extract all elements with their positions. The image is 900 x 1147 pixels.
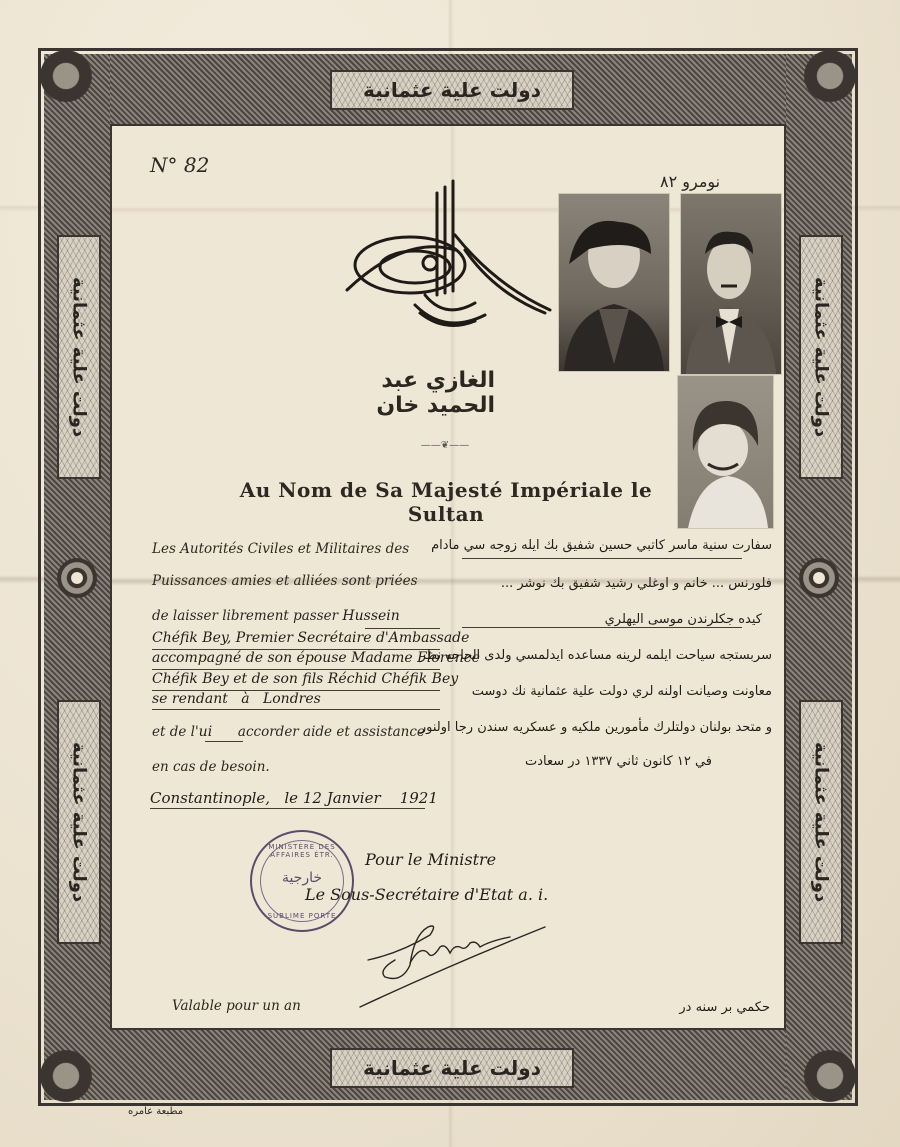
- printer-mark: مطبعة عامره: [128, 1106, 183, 1117]
- border-inscription-left-upper: دولت علية عثمانية: [57, 235, 101, 479]
- photo-man: [680, 193, 782, 375]
- fill-in-underline: [205, 741, 243, 742]
- photo-child: [677, 375, 774, 529]
- text-line-7-prep: à: [241, 691, 249, 707]
- fill-in-underline: [152, 669, 440, 670]
- date-prefix: le: [284, 789, 298, 807]
- photo-woman: [558, 193, 670, 372]
- text-line-4: Chéfik Bey, Premier Secrétaire d'Ambassa…: [152, 630, 469, 646]
- stamp-top-text: MINISTÈRE DES AFFAIRES ÉTR.: [252, 843, 352, 859]
- traveler-first-name: Hussein: [342, 608, 399, 624]
- ottoman-line-2: فلورنس ... خانم و اوغلي رشيد شفيق بك نوش…: [462, 576, 772, 591]
- fill-in-underline: [150, 808, 425, 809]
- divider-ornament: ——❦——: [405, 440, 485, 452]
- border-inscription-right-lower: دولت علية عثمانية: [799, 700, 843, 944]
- fill-in-underline: [462, 627, 742, 628]
- ottoman-line-4: سربستجه سياحت ايلمه لرينه مساعده ايدلمسي…: [462, 648, 772, 663]
- text-line-3: de laisser librement passer Hussein: [152, 608, 400, 624]
- stamp-bottom-text: SUBLIME PORTE: [252, 912, 352, 920]
- issue-place-date: Constantinople, le 12 Janvier 1921: [150, 789, 438, 807]
- ottoman-line-5: معاونت وصيانت اولنه لري دولت علية عثماني…: [462, 684, 772, 699]
- signature-line-1: Pour le Ministre: [365, 850, 496, 869]
- imperial-motto: الغازي عبد الحميد خان: [375, 368, 495, 418]
- corner-ornament-icon: [36, 46, 96, 106]
- issue-date: 12 Janvier: [303, 789, 381, 807]
- issue-place: Constantinople: [150, 789, 265, 807]
- text-line-8: et de l'ui accorder aide et assistance: [152, 724, 425, 740]
- tughra-icon: [345, 175, 555, 340]
- ottoman-line-3: كيده جكلرندن موسى اليهلري: [462, 612, 762, 627]
- fill-in-underline: [152, 709, 440, 710]
- fill-in-underline: [365, 628, 440, 629]
- text-line-8-a: et de l': [152, 724, 199, 740]
- signature-line-2: Le Sous-Secrétaire d'Etat a. i.: [305, 885, 548, 904]
- stamp-center-text: خارجية: [252, 870, 352, 886]
- text-line-8-b: ui: [199, 724, 213, 740]
- text-line-1: Les Autorités Civiles et Militaires des: [152, 541, 409, 557]
- signature-icon: [350, 915, 550, 1010]
- text-line-7: se rendant à Londres: [152, 691, 321, 707]
- text-line-2: Puissances amies et alliées sont priées: [152, 573, 418, 589]
- ottoman-date-line: في ١٢ كانون ثاني ١٣٣٧ در سعادت: [462, 754, 712, 769]
- ministry-stamp: MINISTÈRE DES AFFAIRES ÉTR. خارجية SUBLI…: [250, 830, 354, 932]
- validity-ottoman: حكمي بر سنه در: [690, 1000, 770, 1015]
- border-inscription-right-upper: دولت علية عثمانية: [799, 235, 843, 479]
- corner-ornament-icon: [800, 1046, 860, 1106]
- text-line-6: Chéfik Bey et de son fils Réchid Chéfik …: [152, 671, 458, 687]
- border-inscription-left-lower: دولت علية عثمانية: [57, 700, 101, 944]
- text-line-8-c: accorder aide et assistance: [238, 724, 425, 740]
- rosette-ornament-icon: [57, 558, 97, 598]
- text-line-3-prefix: de laisser librement passer: [152, 608, 338, 624]
- border-inscription-bottom: دولت علية عثمانية: [330, 1048, 574, 1088]
- rosette-ornament-icon: [799, 558, 839, 598]
- ottoman-line-6: و متحد بولنان دولتلرك مأمورين ملكيه و عس…: [462, 720, 772, 735]
- ottoman-line-1: سفارت سنية ماسر كاتبي حسين شفيق بك ايله …: [462, 538, 772, 553]
- corner-ornament-icon: [800, 46, 860, 106]
- destination-city: Londres: [263, 691, 321, 707]
- passport-number: N° 82: [150, 153, 209, 177]
- corner-ornament-icon: [36, 1046, 96, 1106]
- validity-french: Valable pour un an: [172, 998, 301, 1014]
- text-line-9: en cas de besoin.: [152, 759, 270, 775]
- issue-year: 1921: [400, 789, 438, 807]
- border-inscription-top: دولت علية عثمانية: [330, 70, 574, 110]
- text-line-7-verb: se rendant: [152, 691, 228, 707]
- fill-in-underline: [462, 558, 742, 559]
- passport-number-ottoman: نومرو ٨٢: [660, 172, 720, 191]
- document-heading: Au Nom de Sa Majesté Impériale le Sultan: [236, 478, 656, 526]
